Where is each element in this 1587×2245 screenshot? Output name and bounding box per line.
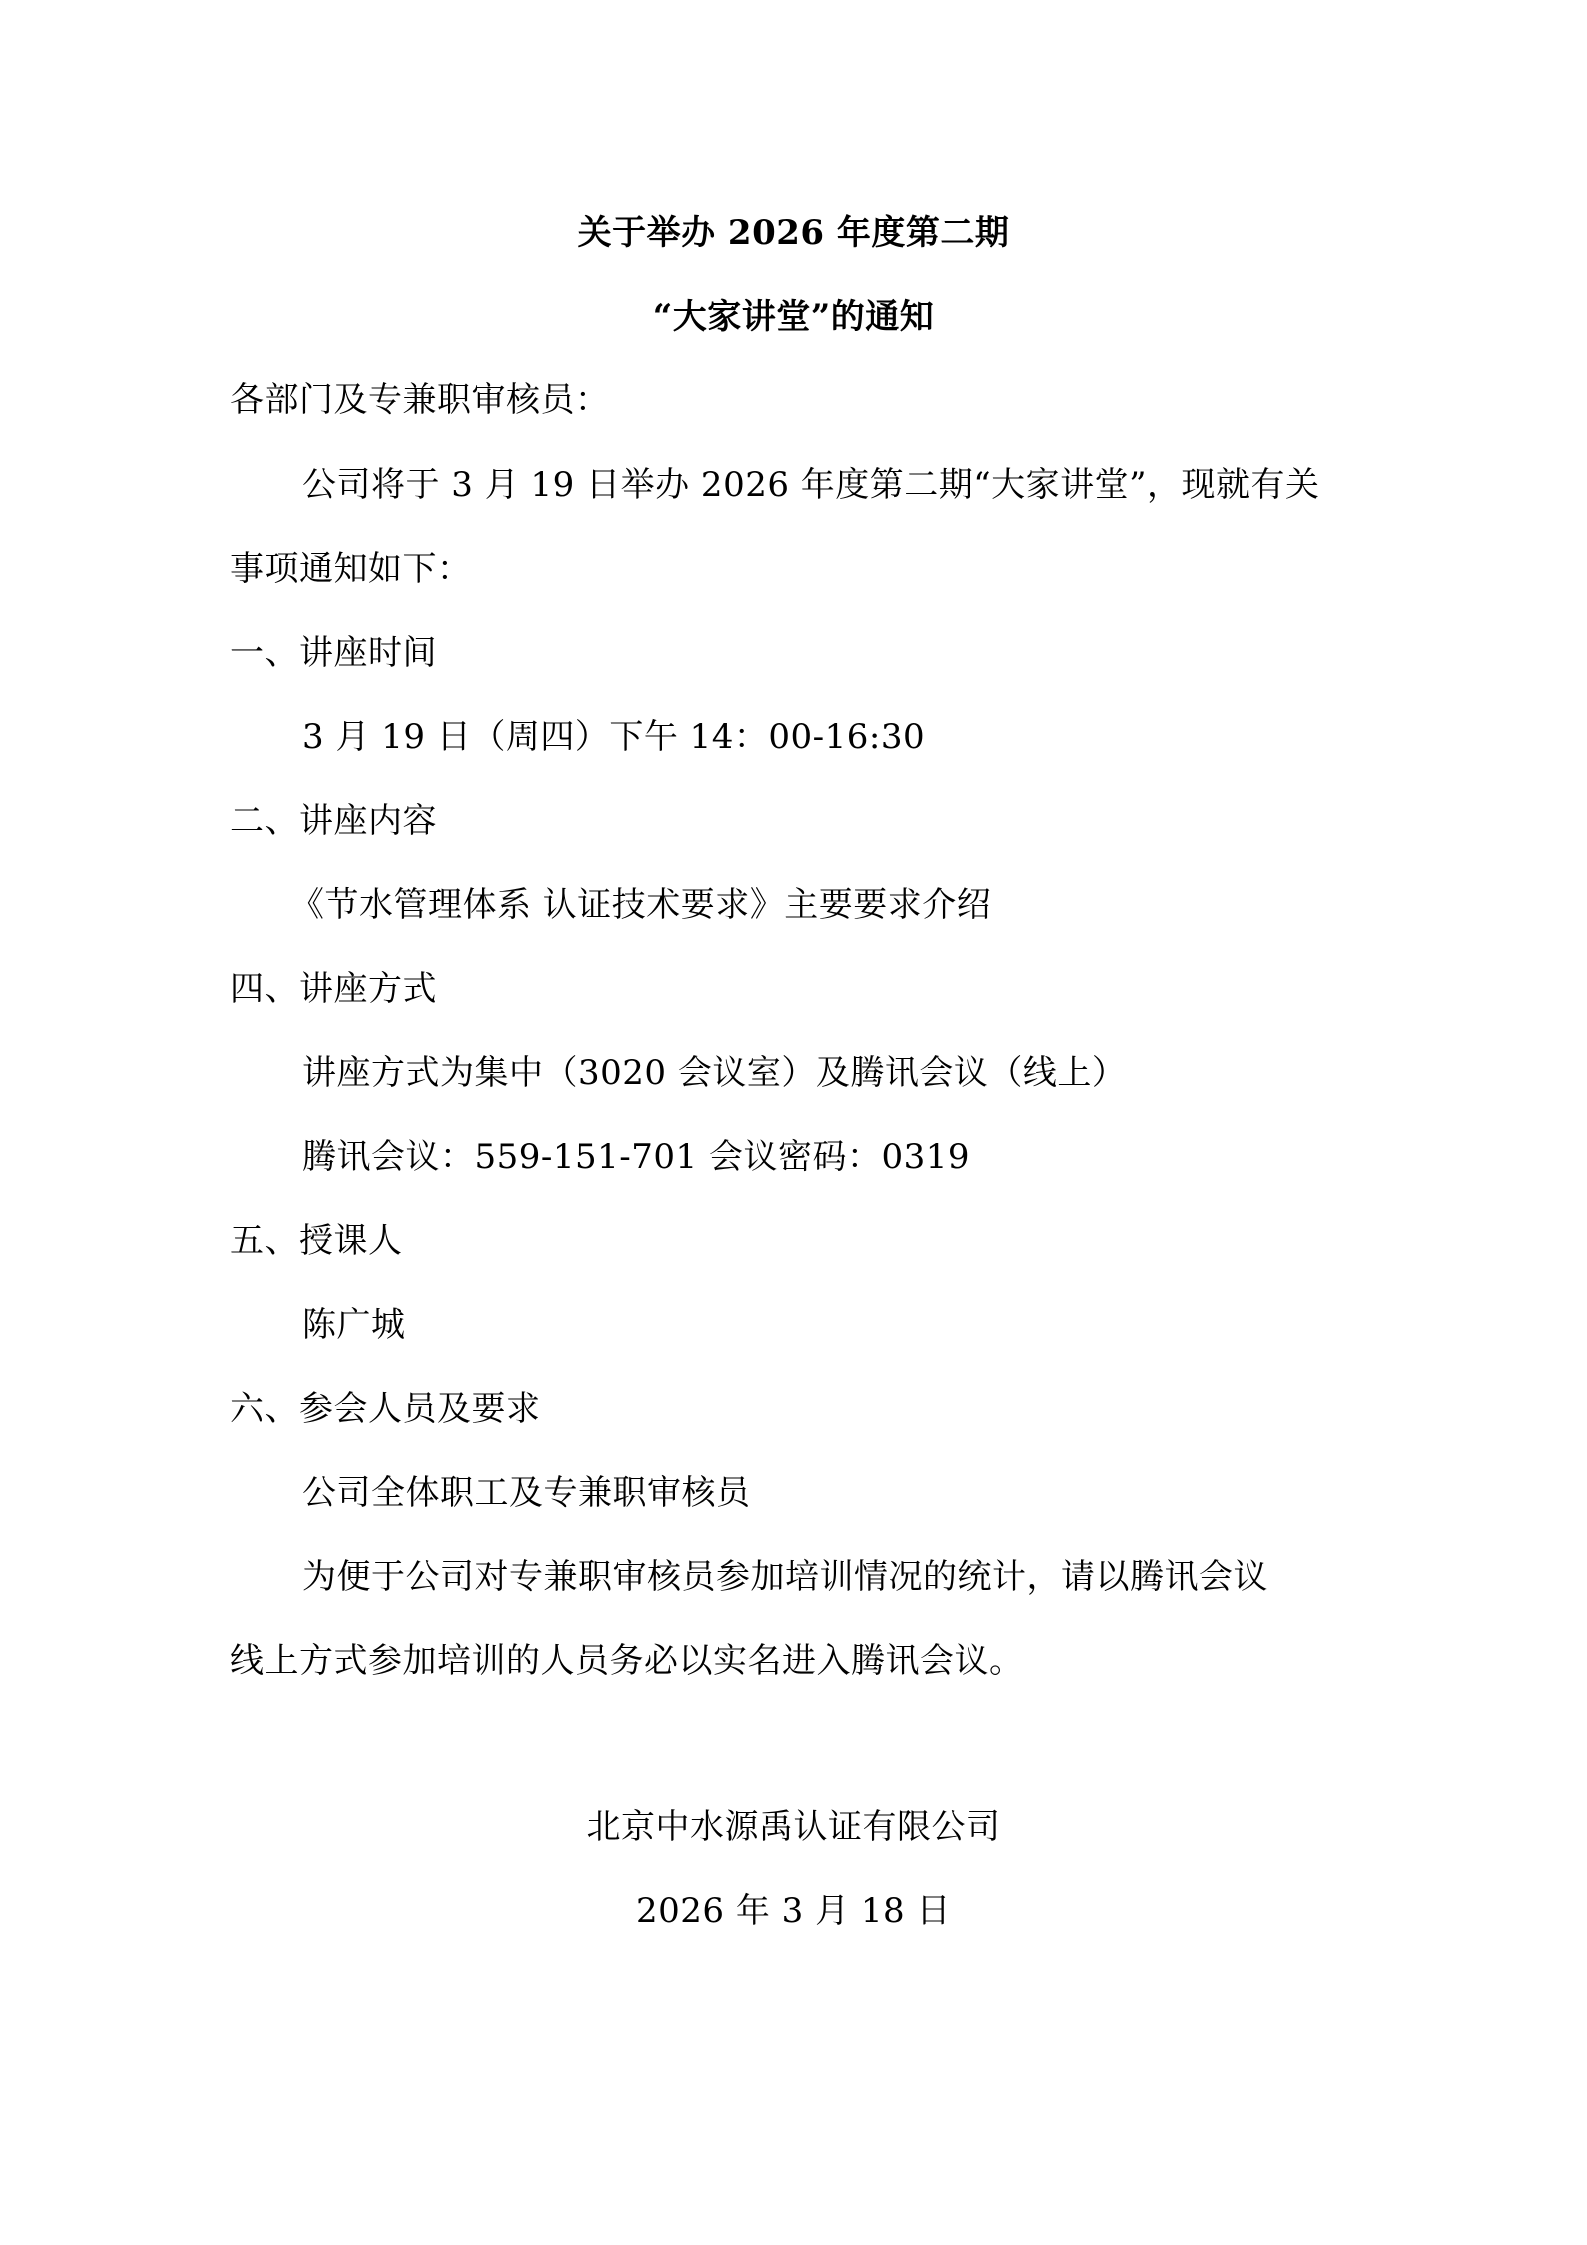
note-paragraph-line-1: 为便于公司对专兼职审核员参加培训情况的统计，请以腾讯会议 (302, 1557, 1268, 1597)
section-content-value: 《节水管理体系 认证技术要求》主要要求介绍 (290, 885, 991, 925)
section-attendees-value: 公司全体职工及专兼职审核员 (302, 1473, 751, 1513)
section-heading-content: 二、讲座内容 (230, 801, 437, 841)
section-heading-time: 一、讲座时间 (230, 633, 437, 673)
document-title-line-2: “大家讲堂”的通知 (0, 297, 1587, 337)
intro-paragraph-line-2: 事项通知如下： (230, 549, 472, 589)
section-heading-format: 四、讲座方式 (230, 969, 437, 1009)
section-format-meeting-info: 腾讯会议：559-151-701 会议密码：0319 (302, 1137, 970, 1177)
intro-paragraph-line-1: 公司将于 3 月 19 日举办 2026 年度第二期“大家讲堂”，现就有关 (302, 465, 1320, 505)
section-time-value: 3 月 19 日（周四）下午 14：00-16:30 (302, 717, 925, 757)
signature-date: 2026 年 3 月 18 日 (0, 1891, 1587, 1931)
section-format-value: 讲座方式为集中（3020 会议室）及腾讯会议（线上） (302, 1053, 1126, 1093)
salutation: 各部门及专兼职审核员： (230, 380, 610, 420)
document-title-line-1: 关于举办 2026 年度第二期 (0, 213, 1587, 253)
section-heading-attendees: 六、参会人员及要求 (230, 1389, 541, 1429)
section-lecturer-value: 陈广城 (302, 1305, 406, 1345)
note-paragraph-line-2: 线上方式参加培训的人员务必以实名进入腾讯会议。 (230, 1641, 1024, 1681)
section-heading-lecturer: 五、授课人 (230, 1221, 403, 1261)
signature-organization: 北京中水源禹认证有限公司 (0, 1807, 1587, 1847)
document-page: 关于举办 2026 年度第二期 “大家讲堂”的通知 各部门及专兼职审核员： 公司… (0, 0, 1587, 2245)
